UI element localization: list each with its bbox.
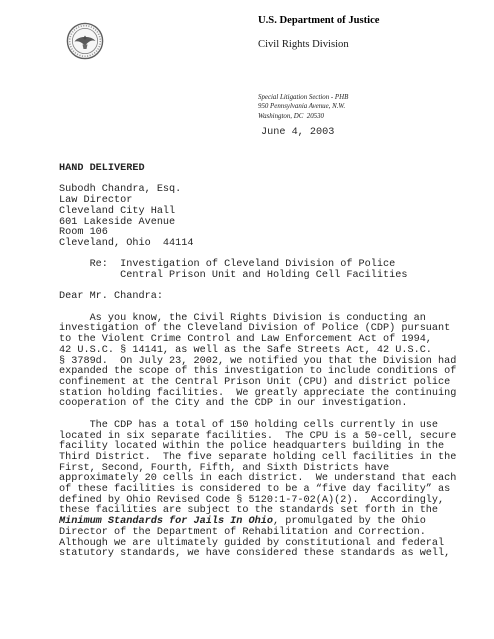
subject-line: Re: Investigation of Cleveland Division …	[59, 260, 479, 281]
hand-delivered-label: HAND DELIVERED	[59, 164, 479, 175]
division-name: Civil Rights Division	[258, 39, 349, 50]
recipient-address: Subodh Chandra, Esq. Law Director Clevel…	[59, 185, 479, 249]
paragraph-1: As you know, the Civil Rights Division i…	[59, 314, 479, 410]
cited-publication-title: Minimum Standards for Jails In Ohio	[59, 516, 273, 527]
letter-date: June 4, 2003	[261, 127, 334, 138]
paragraph-2: The CDP has a total of 150 holding cells…	[59, 421, 479, 560]
salutation: Dear Mr. Chandra:	[59, 292, 479, 303]
agency-name: U.S. Department of Justice	[258, 15, 380, 26]
letter-body: HAND DELIVERED Subodh Chandra, Esq. Law …	[59, 164, 479, 571]
paragraph-2-text-a: The CDP has a total of 150 holding cells…	[59, 420, 456, 517]
doj-seal-icon	[66, 22, 104, 60]
office-address: Special Litigation Section - PHB 950 Pen…	[258, 93, 348, 121]
letter-page: U.S. Department of Justice Civil Rights …	[0, 0, 494, 639]
